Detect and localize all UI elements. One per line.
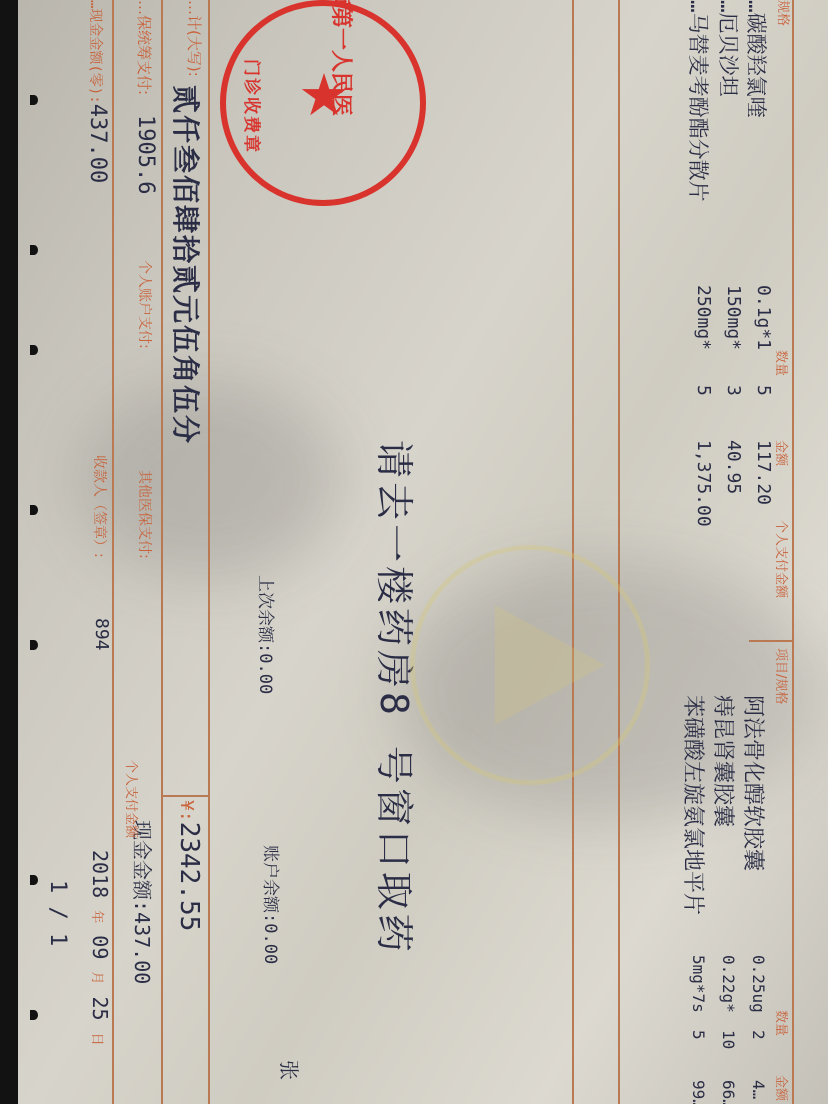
left-row-3-amount: 1,375.00 [693, 440, 714, 527]
cash-amount-right: 现金金额:437.00 [129, 820, 158, 984]
sheet-count-char: 张 [276, 1060, 305, 1080]
right-row-2-spec: 0.22g* [719, 955, 738, 1013]
date-month: 09 [88, 935, 112, 959]
receipt-date: 2018 年 09 月 25 日 [88, 850, 112, 1046]
left-row-3-spec: 250mg* [693, 285, 714, 350]
other-insurance-label: 其他医保支付: [135, 470, 155, 559]
account-balance-label: 账户余额: [260, 845, 280, 923]
left-row-2-item: …厄贝沙坦 [714, 0, 744, 97]
header-quantity: 数量 [773, 350, 792, 376]
table-border [619, 0, 621, 1104]
previous-balance-value: 0.00 [255, 653, 275, 694]
left-row-1-spec: 0.1g*1 [753, 285, 774, 350]
personal-payment-total-label: 个人支付金额 [123, 760, 142, 838]
date-year: 2018 [88, 850, 112, 898]
left-row-1-qty: 5 [753, 385, 774, 396]
total-amount-value: 2342.55 [174, 822, 204, 932]
right-row-2-qty: 10 [719, 1030, 738, 1049]
left-row-2-qty: 3 [723, 385, 744, 396]
date-month-unit: 月 [89, 971, 104, 984]
table-border [162, 795, 210, 797]
stamp-subtext: 门诊收费章 [241, 59, 266, 154]
left-row-1-item: …碳酸羟氯喹 [742, 0, 772, 118]
right-row-1-item: 阿法骨化醇软胶囊 [739, 695, 770, 871]
cashier-id: 894 [91, 618, 112, 651]
left-row-2-amount: 40.95 [723, 440, 744, 494]
previous-balance: 上次余额:0.00 [255, 575, 280, 694]
date-day: 25 [88, 996, 112, 1020]
header-amount: 金额 [773, 440, 792, 466]
total-in-words-label: …计(大写): [184, 0, 205, 77]
left-row-2-spec: 150mg* [723, 285, 744, 350]
star-icon: ★ [298, 66, 350, 124]
left-row-3-qty: 5 [693, 385, 714, 396]
total-amount: ¥:2342.55 [174, 800, 204, 931]
header-item-spec-right: 项目/规格 [773, 648, 792, 704]
personal-account-label: 个人账户支付: [135, 260, 155, 349]
left-row-3-item: …马替麦考酚酯分散片 [684, 0, 714, 202]
right-row-1-spec: 0.25ug [749, 955, 768, 1013]
total-in-words: 贰仟叁佰肆拾贰元伍角伍分 [167, 85, 207, 445]
table-border [162, 0, 164, 1104]
cashier-label: 收款人（签章）: [90, 455, 110, 558]
header-quantity-right: 数量 [773, 1010, 792, 1036]
cash-amount-left-label: …现金金额(零): [87, 0, 103, 104]
table-border [793, 560, 795, 1104]
cash-amount-value: 437.00 [130, 912, 154, 984]
right-row-3-spec: 5mg*7s [689, 955, 708, 1013]
right-row-2-item: 痔昆肾囊胶囊 [709, 695, 740, 827]
right-row-1-amount: 4… [749, 1080, 768, 1099]
watermark-logo [410, 545, 650, 785]
previous-balance-label: 上次余额: [255, 575, 275, 653]
cash-amount-left-value: 437.00 [85, 104, 110, 183]
account-balance: 账户余额:0.00 [260, 845, 285, 964]
page-number: 1 / 1 [45, 880, 70, 946]
header-amount-right: 金额 [773, 1075, 792, 1101]
pooled-fund-label: …保统筹支付: [134, 0, 155, 95]
right-row-3-item: 苯磺酸左旋氨氯地平片 [679, 695, 710, 915]
right-row-3-qty: 5 [689, 1030, 708, 1040]
right-row-3-amount: 99… [689, 1080, 708, 1104]
left-row-1-amount: 117.20 [753, 440, 774, 505]
pooled-fund-value: 1905.6 [133, 115, 158, 194]
date-day-unit: 日 [89, 1033, 104, 1046]
date-year-unit: 年 [89, 910, 104, 923]
table-border [113, 0, 115, 1104]
right-row-2-amount: 66… [719, 1080, 738, 1104]
header-spec: 规格 [775, 0, 794, 26]
right-row-1-qty: 2 [749, 1030, 768, 1040]
cash-amount-left: …现金金额(零):437.00 [85, 0, 110, 183]
table-border [793, 0, 795, 560]
yuan-symbol: ¥: [176, 800, 197, 822]
table-border [209, 0, 211, 1104]
account-balance-value: 0.00 [260, 923, 280, 964]
table-border [749, 640, 794, 642]
hospital-stamp: 淮安市第一人民医院 ★ 门诊收费章 [220, 0, 426, 206]
header-personal-payment: 个人支付金额 [773, 520, 792, 598]
receipt-content: 规格 数量 金额 个人支付金额 …碳酸羟氯喹 …厄贝沙坦 …马替麦考酚酯分散片 … [0, 0, 810, 1104]
